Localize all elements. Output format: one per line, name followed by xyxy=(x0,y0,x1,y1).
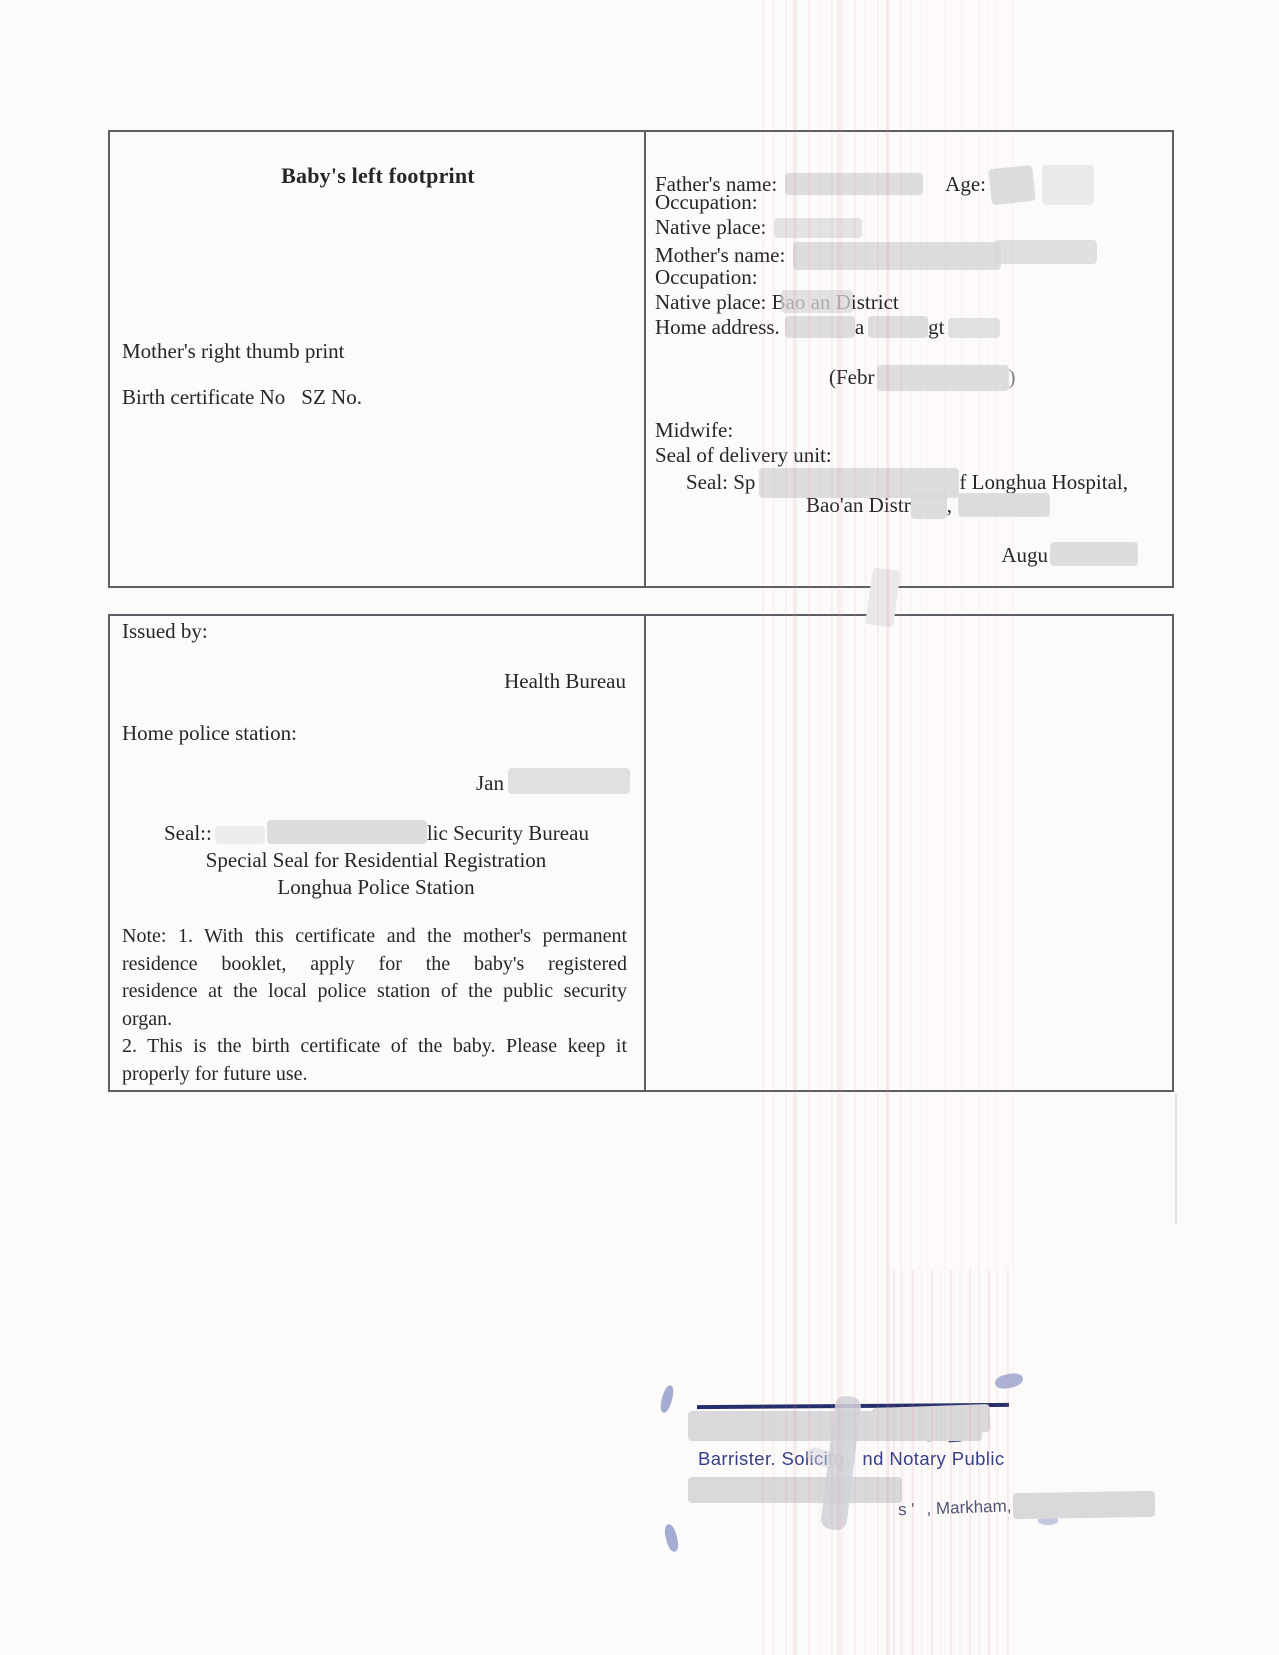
redaction-block xyxy=(958,493,1050,517)
registration-date-line: Jan xyxy=(122,768,630,797)
mother-name-label: Mother's name: xyxy=(655,243,785,267)
redaction-block xyxy=(988,165,1036,205)
native-place-label: Native place: xyxy=(655,290,766,314)
mother-native-place-line: Native place: Bao an District xyxy=(655,290,1144,315)
psb-seal-line: Seal::lic Security Bureau xyxy=(122,820,630,847)
notary-address-line: s ', Markham, O xyxy=(898,1496,1030,1521)
redaction-block xyxy=(781,290,853,313)
redaction-block xyxy=(948,318,1000,338)
note-paragraph: Note: 1. With this certificate and the m… xyxy=(122,923,627,1088)
hospital-seal-suffix: f Longhua Hospital, xyxy=(959,470,1128,494)
home-address-line: Home address.agt xyxy=(655,315,1144,340)
notary-title-fragment: nd Notary Public xyxy=(862,1448,1004,1469)
parents-info-cell: Father's name:Age: Occupation: Native pl… xyxy=(646,132,1172,586)
redaction-block xyxy=(774,218,862,238)
note-line: 2. This is the birth certificate of the … xyxy=(122,1033,627,1061)
psb-seal-line-3: Longhua Police Station xyxy=(122,874,630,901)
thumb-print-label: Mother's right thumb print xyxy=(122,339,634,364)
redaction-block xyxy=(267,820,427,844)
father-native-place-line: Native place: xyxy=(655,215,1144,240)
issue-date-fragment: Augu xyxy=(1001,543,1048,567)
birth-date-close-paren: ) xyxy=(1009,365,1016,389)
empty-cell xyxy=(646,616,1172,1090)
delivery-unit-seal-label: Seal of delivery unit: xyxy=(655,443,1144,468)
redaction-block xyxy=(785,316,855,338)
note-line: residence at the local police station of… xyxy=(122,978,627,1006)
ink-mark xyxy=(659,1384,676,1414)
note-line: residence booklet, apply for the baby's … xyxy=(122,951,627,979)
father-name-line: Father's name:Age: xyxy=(655,165,1144,190)
redaction-block xyxy=(1042,165,1094,205)
midwife-label: Midwife: xyxy=(655,418,1144,443)
redaction-block xyxy=(1013,1491,1155,1519)
registration-date-fragment: Jan xyxy=(476,771,504,795)
native-place-label: Native place: xyxy=(655,215,766,239)
hospital-seal-prefix: Seal: Sp xyxy=(686,470,755,494)
note-line: properly for future use. xyxy=(122,1061,627,1089)
footprint-title: Baby's left footprint xyxy=(122,163,634,189)
certificate-bottom-table: Issued by: Health Bureau Home police sta… xyxy=(108,614,1174,1092)
redaction-block xyxy=(688,1477,902,1503)
hospital-seal-line: Seal: Spf Longhua Hospital, xyxy=(655,468,1144,493)
home-address-label: Home address. xyxy=(655,315,780,339)
redaction-block xyxy=(1050,542,1138,566)
home-address-fragment: a xyxy=(855,315,864,339)
redaction-block xyxy=(793,242,1001,270)
ink-mark xyxy=(994,1371,1024,1391)
psb-seal-suffix: lic Security Bureau xyxy=(427,821,589,845)
psb-seal-line-2: Special Seal for Residential Registratio… xyxy=(122,847,630,874)
health-bureau-label: Health Bureau xyxy=(122,668,630,695)
redaction-block xyxy=(785,173,923,195)
scanned-birth-certificate-translation: Baby's left footprint Mother's right thu… xyxy=(0,0,1279,1655)
age-label: Age: xyxy=(945,172,986,196)
home-police-station-label: Home police station: xyxy=(122,720,630,747)
redaction-block xyxy=(868,316,928,338)
note-line: organ. xyxy=(122,1006,627,1034)
home-address-fragment: gt xyxy=(928,315,944,339)
redaction-block xyxy=(995,240,1097,264)
redaction-block xyxy=(877,365,1009,391)
issue-date-line: Augu xyxy=(655,542,1144,567)
birth-certificate-no-label: Birth certificate No xyxy=(122,385,285,409)
note-line: Note: 1. With this certificate and the m… xyxy=(122,923,627,951)
scan-edge-shadow xyxy=(1175,1094,1177,1224)
issuing-info-cell: Issued by: Health Bureau Home police sta… xyxy=(110,616,646,1090)
redaction-block xyxy=(508,768,630,794)
redaction-block xyxy=(911,493,947,519)
redaction-block xyxy=(215,826,265,844)
notary-address-fragment: s ' xyxy=(898,1500,915,1520)
birth-date-fragment: (Febr xyxy=(829,365,875,389)
mother-name-line: Mother's name: xyxy=(655,240,1144,265)
certificate-top-table: Baby's left footprint Mother's right thu… xyxy=(108,130,1174,588)
redaction-block xyxy=(872,1404,991,1436)
birth-date-line: (Febr) xyxy=(655,365,1144,390)
psb-seal-prefix: Seal:: xyxy=(164,821,212,845)
footprint-cell: Baby's left footprint Mother's right thu… xyxy=(110,132,646,586)
ink-mark xyxy=(663,1523,680,1553)
sz-no-label: SZ No. xyxy=(301,385,362,409)
issued-by-label: Issued by: xyxy=(122,618,630,645)
birth-certificate-no-line: Birth certificate NoSZ No. xyxy=(122,385,634,410)
